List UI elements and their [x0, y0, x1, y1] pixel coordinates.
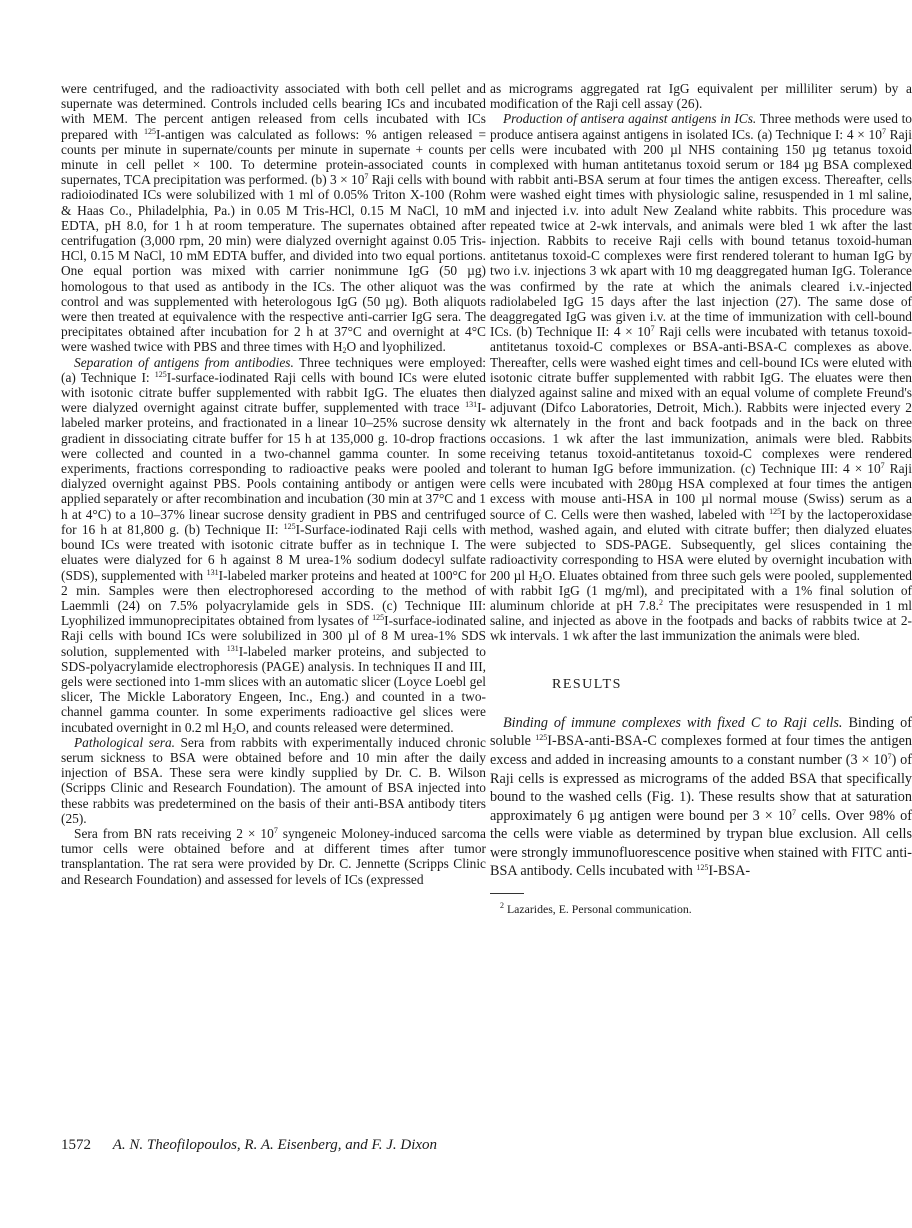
section-heading-results: RESULTS [552, 677, 912, 692]
paragraph-separation-of-antigens: Separation of antigens from antibodies. … [61, 355, 486, 735]
text: Raji cells with bound radioiodinated ICs… [61, 172, 486, 354]
paragraph-binding-results: Binding of immune complexes with fixed C… [490, 714, 912, 881]
text: as micrograms aggregated rat IgG equival… [490, 81, 912, 111]
section-title: Separation of antigens from antibodies. [74, 355, 294, 370]
superscript: 125 [769, 507, 781, 516]
text: I-labeled marker proteins, and fractiona… [61, 400, 486, 537]
page-footer: 1572 A. N. Theofilopoulos, R. A. Eisenbe… [61, 1137, 437, 1154]
section-title: Binding of immune complexes with fixed C… [503, 715, 842, 731]
right-column: as micrograms aggregated rat IgG equival… [490, 81, 912, 916]
text: I-BSA-anti-BSA-C complexes formed at fou… [490, 733, 912, 768]
paragraph-continued: as micrograms aggregated rat IgG equival… [490, 81, 912, 111]
paragraph-pathological-sera: Pathological sera. Sera from rabbits wit… [61, 735, 486, 826]
running-authors: A. N. Theofilopoulos, R. A. Eisenberg, a… [113, 1137, 437, 1153]
superscript: 125 [284, 522, 296, 531]
text: I-BSA- [708, 863, 750, 879]
footnote: 2 Lazarides, E. Personal communication. [490, 902, 912, 916]
text: Sera from BN rats receiving 2 × 10 [74, 826, 274, 841]
paragraph-methods-continued: were centrifuged, and the radioactivity … [61, 81, 486, 355]
text: O and lyophilized. [347, 339, 446, 354]
superscript: 125 [155, 370, 167, 379]
footnote-divider [490, 893, 524, 894]
page-number: 1572 [61, 1137, 109, 1154]
superscript: 125 [696, 863, 708, 872]
text: Raji cells were incubated with 200 µl NH… [490, 127, 912, 340]
superscript: 131 [227, 644, 239, 653]
superscript: 131 [207, 568, 219, 577]
text: O, and counts released were determined. [236, 720, 454, 735]
section-title: Pathological sera. [74, 735, 175, 750]
left-column: were centrifuged, and the radioactivity … [61, 81, 486, 887]
text: Raji cells were incubated with tetanus t… [490, 324, 912, 476]
superscript: 131 [465, 400, 477, 409]
superscript: 125 [372, 613, 384, 622]
paragraph-production-of-antisera: Production of antisera against antigens … [490, 111, 912, 643]
section-title: Production of antisera against antigens … [503, 111, 756, 126]
superscript: 125 [144, 127, 156, 136]
paragraph-bn-rat-sera: Sera from BN rats receiving 2 × 107 syng… [61, 826, 486, 887]
footnote-text: Lazarides, E. Personal communication. [504, 902, 692, 916]
superscript: 125 [535, 733, 547, 742]
